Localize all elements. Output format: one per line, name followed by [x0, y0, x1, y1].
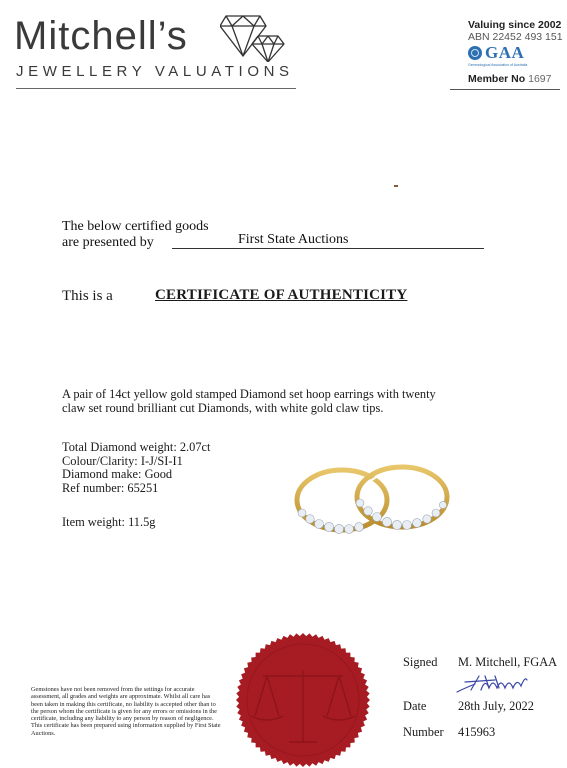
diamonds-icon	[220, 12, 292, 62]
header-divider	[16, 88, 296, 89]
presenter-field: First State Auctions	[172, 232, 484, 249]
date-label: Date	[403, 699, 426, 714]
certificate-title: CERTIFICATE OF AUTHENTICITY	[155, 287, 407, 304]
header-divider-right	[450, 89, 560, 90]
valuing-since: Valuing since 2002	[468, 19, 563, 31]
brand-subtitle: JEWELLERY VALUATIONS	[16, 63, 294, 81]
signed-label: Signed	[403, 655, 437, 670]
gaa-logo: GAA	[468, 44, 524, 62]
spec-diamond-make: Diamond make: Good	[62, 468, 210, 482]
member-value: 1697	[528, 73, 551, 85]
spec-colour-clarity: Colour/Clarity: I-J/SI-I1	[62, 455, 210, 469]
date-value: 28th July, 2022	[458, 699, 534, 714]
red-wax-seal-scales-icon	[233, 632, 373, 768]
number-label: Number	[403, 725, 444, 740]
earrings-photo	[290, 455, 455, 550]
spec-total-weight: Total Diamond weight: 2.07ct	[62, 441, 210, 455]
gaa-full-name: Gemmological Association of Australia	[468, 63, 538, 67]
signature	[455, 672, 545, 694]
abn: ABN 22452 493 151	[468, 31, 563, 43]
certificate-prefix: This is a	[62, 288, 113, 305]
item-description: A pair of 14ct yellow gold stamped Diamo…	[62, 387, 462, 415]
paper-speck	[394, 185, 398, 187]
number-value: 415963	[458, 725, 495, 740]
signed-value: M. Mitchell, FGAA	[458, 655, 557, 670]
gaa-emblem-icon	[468, 46, 482, 60]
disclaimer: Gemstones have not been removed from the…	[31, 686, 221, 737]
member-label: Member No	[468, 73, 525, 85]
item-specs: Total Diamond weight: 2.07ct Colour/Clar…	[62, 441, 210, 495]
brand-name: Mitchell’s	[14, 14, 188, 58]
member-number: Member No 1697	[468, 73, 551, 85]
presented-by-label: are presented by	[62, 235, 154, 251]
presenter-name: First State Auctions	[238, 232, 348, 248]
header-info: Valuing since 2002 ABN 22452 493 151	[468, 19, 563, 43]
gaa-name: GAA	[485, 44, 524, 62]
item-weight: Item weight: 11.5g	[62, 515, 156, 530]
spec-ref-number: Ref number: 65251	[62, 482, 210, 496]
